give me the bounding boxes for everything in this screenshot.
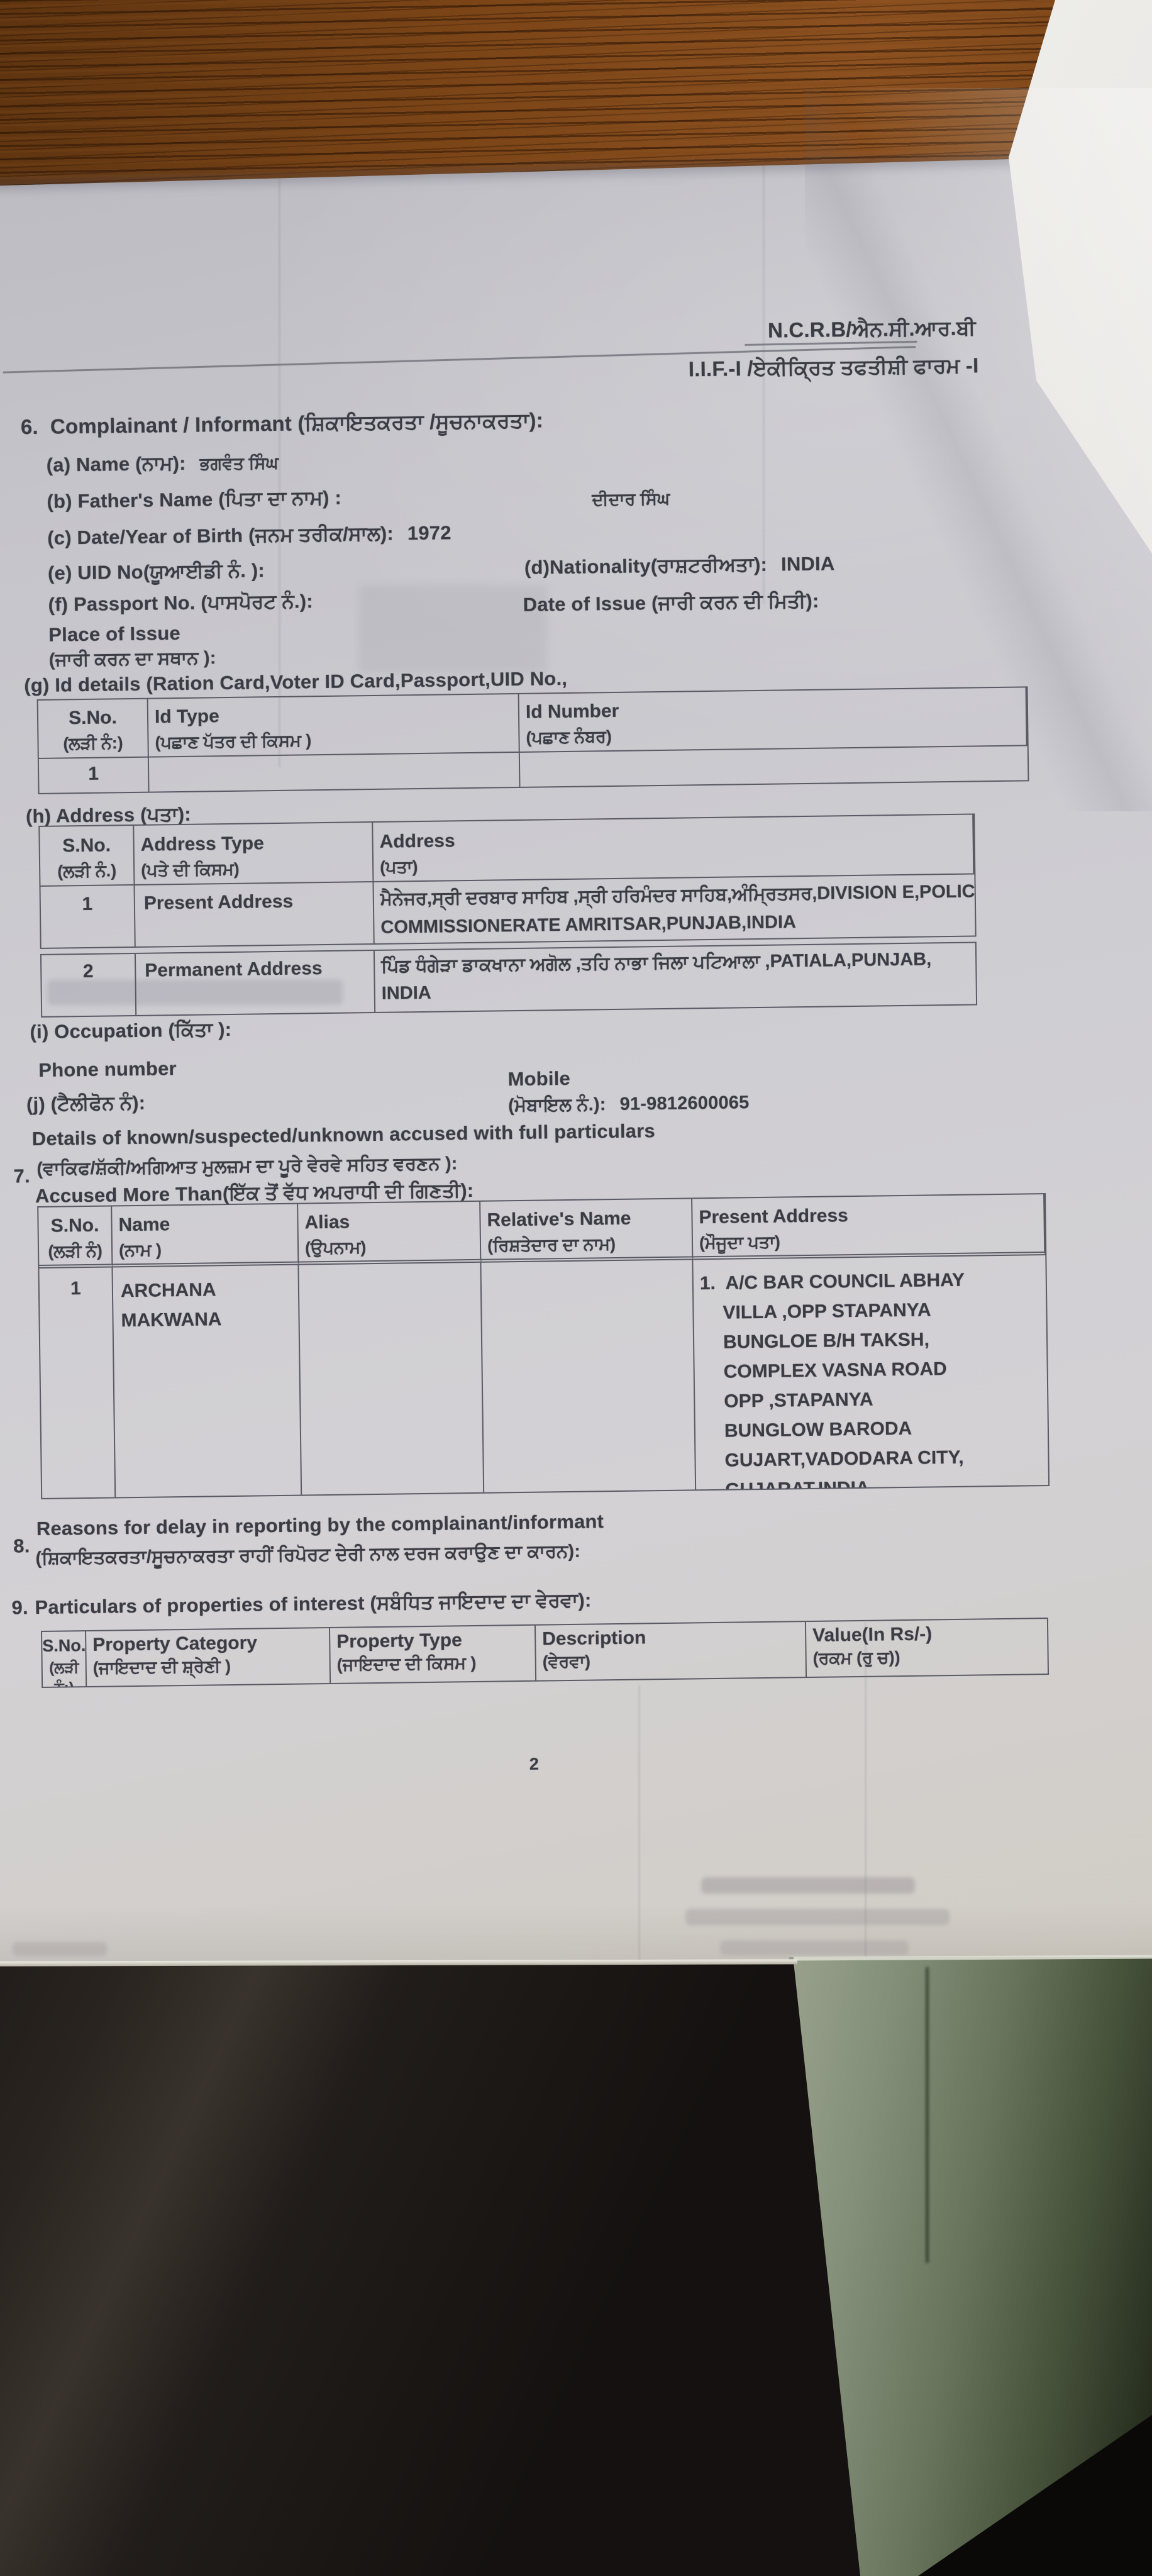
accused-row-sno: 1 [39,1267,116,1498]
section8-number: 8. [13,1535,30,1557]
iif-header: I.I.F.-I /ਏਕੀਕ੍ਰਿਤ ਤਫਤੀਸ਼ੀ ਫਾਰਮ -I [689,353,979,382]
mobile-label: Mobile [507,1067,570,1091]
section9-number: 9. [11,1596,28,1619]
page-number: 2 [529,1755,540,1774]
address-row2-type: Permanent Address [136,951,375,1015]
name-label: (a) Name (ਨਾਮ): [47,452,186,476]
father-name-label: (b) Father's Name (ਪਿਤਾ ਦਾ ਨਾਮ) : [47,487,341,514]
accused-details-pa: (ਵਾਕਿਫ/ਸ਼ੱਕੀ/ਅਗਿਆਤ ਮੁਲਜ਼ਮ ਦਾ ਪੂਰੇ ਵੇਰਵੇ … [36,1153,458,1180]
accused-header-relative: Relative's Name (ਰਿਸ਼ਤੇਦਾਰ ਦਾ ਨਾਮ) [480,1199,693,1262]
address-row1-address: ਮੈਨੇਜਰ,ਸ੍ਰੀ ਦਰਬਾਰ ਸਾਹਿਬ ,ਸ੍ਰੀ ਹਰਿਮੰਦਰ ਸਾ… [374,874,975,943]
address-table-row2: 2 Permanent Address ਪਿੰਡ ਧੰਗੇੜਾ ਡਾਕਖਾਨਾ … [40,941,977,1017]
accused-row-relative [481,1260,696,1492]
mobile-number-label: (ਮੋਬਾਇਲ ਨੰ.): [508,1094,606,1116]
properties-header-value: Value(In Rs/-) (ਰਕਮ (ਰੁ ਚ)) [806,1619,1048,1677]
accused-table: S.No. (ਲੜੀ ਨੰ) Name (ਨਾਮ ) Alias (ਉਪਨਾਮ)… [37,1193,1050,1499]
accused-header-address: Present Address (ਮੌਜੂਦਾ ਪਤਾ) [692,1194,1045,1260]
ncrb-header: N.C.R.B/ਐਨ.ਸੀ.ਆਰ.ਬੀ [768,316,976,343]
nationality-row: (d)Nationality(ਰਾਸ਼ਟਰੀਅਤਾ):INDIA [524,552,835,579]
uid-label: (e) UID No(ਯੂਆਈਡੀ ਨੰ. ): [48,559,265,586]
id-details-table: S.No. (ਲੜੀ ਨੰ:) Id Type (ਪਛਾਣ ਪੱਤਰ ਦੀ ਕਿ… [37,686,1029,794]
properties-table: S.No. (ਲੜੀ ਨੰ:) Property Category (ਜਾਇਦਾ… [41,1618,1049,1688]
address-header-type: Address Type (ਪਤੇ ਦੀ ਕਿਸਮ) [134,823,374,885]
fir-form-page: N.C.R.B/ਐਨ.ਸੀ.ਆਰ.ਬੀ I.I.F.-I /ਏਕੀਕ੍ਰਿਤ ਤ… [0,0,1152,2576]
address-row2-address: ਪਿੰਡ ਧੰਗੇੜਾ ਡਾਕਖਾਨਾ ਅਗੋਲ ,ਤਹਿ ਨਾਭਾ ਜਿਲਾ … [375,943,976,1011]
accused-header-alias: Alias (ਉਪਨਾਮ) [298,1202,481,1265]
accused-header-name: Name (ਨਾਮ ) [112,1204,299,1268]
mobile-number-row: (ਮੋਬਾਇਲ ਨੰ.):91-9812600065 [508,1092,750,1116]
properties-header-description: Description (ਵੇਰਵਾ) [536,1622,807,1680]
dob-label: (c) Date/Year of Birth (ਜਨਮ ਤਰੀਕ/ਸਾਲ): [47,523,394,549]
accused-row-alias [299,1263,484,1495]
phone-number-label: Phone number [38,1057,177,1082]
dob-row: (c) Date/Year of Birth (ਜਨਮ ਤਰੀਕ/ਸਾਲ):19… [47,521,451,550]
properties-header-sno: S.No. (ਲੜੀ ਨੰ:) [42,1631,87,1687]
father-name-value: ਦੀਦਾਰ ਸਿੰਘ [592,489,670,511]
place-of-issue-pa: (ਜਾਰੀ ਕਰਨ ਦਾ ਸਥਾਨ ): [49,648,216,670]
passport-label: (f) Passport No. (ਪਾਸਪੋਰਟ ਨੰ.): [48,590,313,617]
place-of-issue-en: Place of Issue [48,622,180,647]
properties-header-type: Property Type (ਜਾਇਦਾਦ ਦੀ ਕਿਸਮ ) [330,1626,536,1683]
address-row1-sno: 1 [41,885,136,948]
id-details-label: (g) Id details (Ration Card,Voter ID Car… [24,667,567,697]
photo-of-fir-document: N.C.R.B/ਐਨ.ਸੀ.ਆਰ.ਬੀ I.I.F.-I /ਏਕੀਕ੍ਰਿਤ ਤ… [0,0,1152,2576]
properties-title: Particulars of properties of interest (ਸ… [35,1589,591,1620]
address-header-address: Address (ਪਤਾ) [373,814,974,882]
id-table-row-number [520,746,1028,787]
id-table-header-type: Id Type (ਪਛਾਣ ਪੱਤਰ ਦੀ ਕਿਸਮ ) [148,694,520,758]
date-of-issue-label: Date of Issue (ਜਾਰੀ ਕਰਨ ਦੀ ਮਿਤੀ): [523,590,819,617]
address-row2-sno: 2 [42,954,136,1016]
section6-title: Complainant / Informant (ਸ਼ਿਕਾਇਤਕਰਤਾ /ਸੂ… [50,408,544,439]
id-table-header-sno: S.No. (ਲੜੀ ਨੰ:) [38,699,149,759]
id-table-row-sno: 1 [39,758,150,793]
section7-number: 7. [13,1165,30,1187]
section6-number: 6. [21,415,38,439]
nationality-label: (d)Nationality(ਰਾਸ਼ਟਰੀਅਤਾ): [524,553,768,579]
id-table-header-number: Id Number (ਪਛਾਣ ਨੰਬਰ) [519,687,1027,753]
name-row: (a) Name (ਨਾਮ):ਭਗਵੰਤ ਸਿੰਘ [47,451,279,477]
delay-reasons-pa: (ਸ਼ਿਕਾਇਤਕਰਤਾ/ਸੂਚਨਾਕਰਤਾ ਰਾਹੀਂ ਰਿਪੋਰਟ ਦੇਰੀ… [35,1541,580,1569]
occupation-label: (i) Occupation (ਕਿੱਤਾ ): [30,1018,231,1044]
properties-header-category: Property Category (ਜਾਇਦਾਦ ਦੀ ਸ਼੍ਰੇਣੀ ) [86,1628,331,1686]
address-table: S.No. (ਲੜੀ ਨੰ.) Address Type (ਪਤੇ ਦੀ ਕਿਸ… [38,813,976,948]
address-header-sno: S.No. (ਲੜੀ ਨੰ.) [40,826,135,887]
accused-details-en: Details of known/suspected/unknown accus… [32,1119,656,1150]
nationality-value: INDIA [781,552,835,575]
telephone-label: (j) (ਟੈਲੀਫੋਨ ਨੰ): [26,1092,146,1116]
name-value: ਭਗਵੰਤ ਸਿੰਘ [200,453,279,474]
accused-row-address: 1. A/C BAR COUNCIL ABHAY VILLA ,OPP STAP… [693,1255,1048,1489]
delay-reasons-en: Reasons for delay in reporting by the co… [36,1510,604,1540]
mobile-number-value: 91-9812600065 [619,1092,749,1114]
accused-row-name: ARCHANA MAKWANA [113,1265,302,1497]
address-row1-type: Present Address [135,882,374,947]
id-table-row-type [149,753,521,792]
accused-header-sno: S.No. (ਲੜੀ ਨੰ) [38,1206,113,1269]
dob-value: 1972 [407,521,451,544]
